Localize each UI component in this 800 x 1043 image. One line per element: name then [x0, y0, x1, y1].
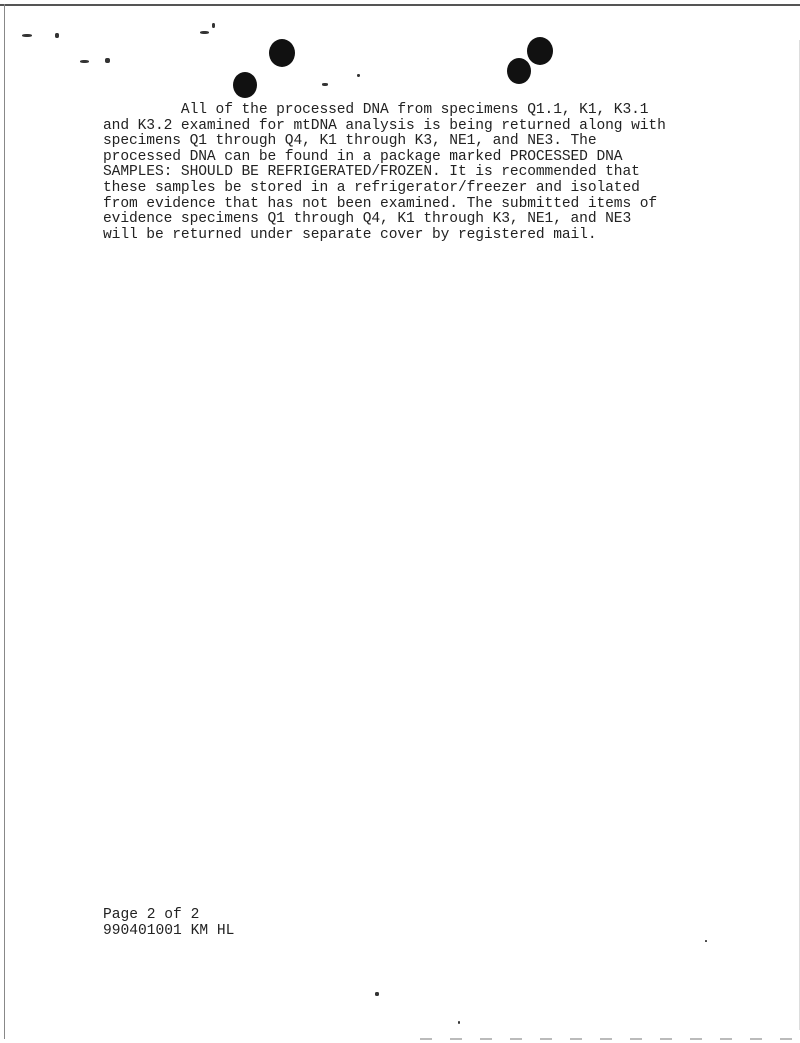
body-line: these samples be stored in a refrigerato…	[103, 181, 743, 197]
scan-top-border	[0, 4, 800, 6]
page-number: Page 2 of 2	[103, 908, 234, 924]
body-line: specimens Q1 through Q4, K1 through K3, …	[103, 134, 743, 150]
scan-speck	[458, 1021, 460, 1024]
scan-speck	[55, 33, 59, 38]
scan-speck	[200, 31, 209, 34]
scan-speck	[375, 992, 379, 996]
scan-speck	[322, 83, 328, 86]
scan-bottom-marks	[420, 1038, 800, 1040]
scan-left-border	[4, 4, 5, 1039]
scan-speck	[80, 60, 89, 63]
scan-speck	[705, 940, 707, 942]
file-reference: 990401001 KM HL	[103, 924, 234, 940]
page-footer: Page 2 of 2990401001 KM HL	[103, 908, 234, 939]
scan-speck	[22, 34, 32, 37]
punch-hole-mark	[233, 72, 257, 98]
body-line: from evidence that has not been examined…	[103, 197, 743, 213]
body-line: All of the processed DNA from specimens …	[103, 103, 743, 119]
scan-speck	[105, 58, 110, 63]
body-line: will be returned under separate cover by…	[103, 228, 743, 244]
punch-hole-mark	[269, 39, 295, 67]
body-line: SAMPLES: SHOULD BE REFRIGERATED/FROZEN. …	[103, 165, 743, 181]
scan-speck	[357, 74, 360, 77]
body-line: processed DNA can be found in a package …	[103, 150, 743, 166]
body-paragraph: All of the processed DNA from specimens …	[103, 103, 743, 243]
scan-speck	[212, 23, 215, 28]
punch-hole-mark	[507, 58, 531, 84]
body-line: evidence specimens Q1 through Q4, K1 thr…	[103, 212, 743, 228]
scanned-page: All of the processed DNA from specimens …	[0, 0, 800, 1043]
body-line: and K3.2 examined for mtDNA analysis is …	[103, 119, 743, 135]
punch-hole-mark	[527, 37, 553, 65]
